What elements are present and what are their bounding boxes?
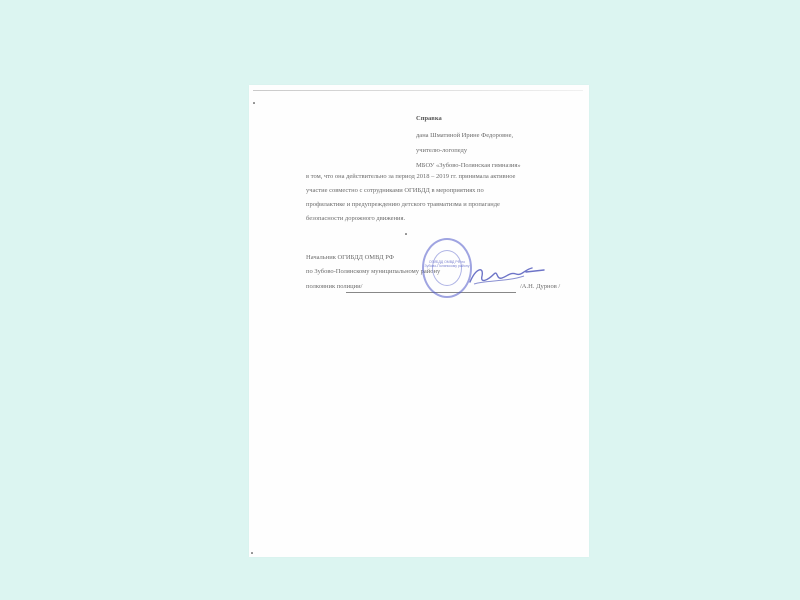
signature-icon [466, 262, 546, 288]
addressee-line: МБОУ «Зубово-Полянская гимназия» [416, 162, 521, 170]
body-line: участие совместно с сотрудниками ОГИБДД … [306, 187, 484, 195]
body-line: в том, что она действительно за период 2… [306, 173, 515, 181]
signatory-line: Начальник ОГИБДД ОМВД РФ [306, 254, 394, 262]
document-page [249, 85, 589, 557]
scan-edge-line [253, 90, 583, 91]
addressee-line: учителю-логопеду [416, 147, 467, 155]
body-line: профилактике и предупреждению детского т… [306, 201, 500, 209]
signatory-line: полковник полиции/ [306, 283, 362, 291]
scan-speck [405, 233, 407, 235]
scan-speck [253, 102, 255, 104]
document-title: Справка [416, 115, 442, 123]
signatory-line: по Зубово-Полянскому муниципальному райо… [306, 268, 440, 276]
addressee-line: дана Шматиной Ирине Федоровне, [416, 132, 513, 140]
stamp-text: ОГИБДД ОМВД РФ по Зубово-Полянскому райо… [424, 260, 470, 268]
signature-line [346, 292, 516, 293]
official-stamp: ОГИБДД ОМВД РФ по Зубово-Полянскому райо… [422, 238, 472, 298]
body-line: безопасности дорожного движения. [306, 215, 405, 223]
scan-speck [251, 552, 253, 554]
